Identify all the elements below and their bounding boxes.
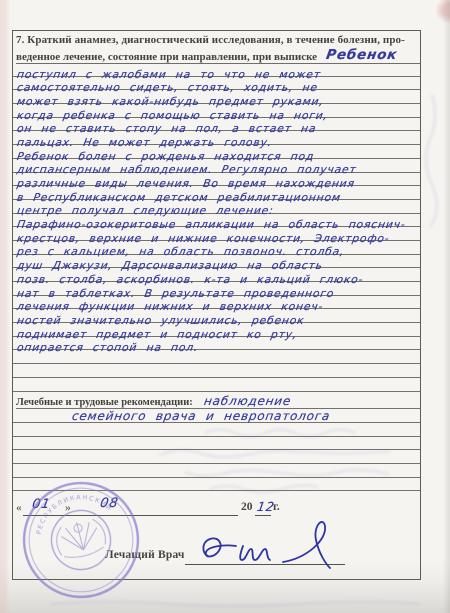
handwritten-line: поступил с жалобами на то что не может — [13, 63, 420, 77]
ruled-line-blank — [13, 378, 420, 392]
handwritten-line-text: центре получал следующие лечение: — [16, 204, 275, 217]
handwritten-line-text: поднимает предмет и подносит ко рту, — [16, 328, 298, 341]
recommendations-row: Лечебные и трудовые рекомендации:наблюде… — [16, 392, 420, 409]
section7-header-line2-text: веденное лечение, состояние при направле… — [16, 51, 317, 63]
handwritten-line-text: в Республиканском детском реабилитационн… — [16, 191, 342, 204]
recommendations-handwritten-line2: семейного врача и невропатолога — [71, 409, 331, 423]
ruled-line-blank — [13, 437, 420, 451]
doctor-signature — [188, 516, 363, 580]
ruled-line-blank — [13, 364, 420, 378]
section7-header-line1: 7. Краткий анамнез, диагностический иссл… — [16, 34, 426, 46]
handwritten-line-text: опирается стопой на пол. — [16, 341, 199, 354]
handwritten-line-text: ностей значительно улучшились, ребенок — [16, 314, 306, 327]
handwritten-line-text: когда ребенка с помощью ставить на ноги, — [16, 109, 329, 122]
scanned-medical-form-page: 7. Краткий анамнез, диагностический иссл… — [0, 0, 450, 613]
recommendations-handwritten-line1: наблюдение — [203, 394, 292, 408]
date-year-prefix: 20 — [241, 501, 253, 513]
handwritten-line-text: самостоятельно сидеть, стоять, ходить, н… — [16, 81, 319, 94]
recommendations-row2: семейного врача и невропатолога — [13, 409, 420, 423]
handwritten-line-text: крестцов, верхние и нижние конечности, Э… — [16, 232, 391, 245]
recommendations-label: Лечебные и трудовые рекомендации: — [16, 397, 193, 408]
ruled-line-blank — [13, 423, 420, 437]
handwritten-line-text: позв. столба, аскорбинов. к-та и кальций… — [16, 273, 364, 286]
ruled-line-blank — [13, 464, 420, 478]
handwritten-line-text: различные виды лечения. Во время нахожде… — [16, 177, 356, 190]
handwritten-line-text: он не ставить стопу на пол, а встает на — [16, 122, 317, 135]
handwritten-line-text: лечения функции нижних и верхних конеч- — [16, 300, 324, 313]
stamp-emblem — [53, 516, 109, 561]
handwritten-anamnesis-block: поступил с жалобами на то что не может с… — [13, 63, 420, 392]
ruled-line-blank — [13, 450, 420, 464]
handwritten-line-text: диспансерным наблюдением. Регулярно полу… — [16, 163, 358, 176]
handwritten-line-text: душ Джакузи, Дарсонвализацию на область — [16, 259, 324, 272]
handwritten-line-text: Ребенок болен с рожденья находится под — [16, 150, 315, 163]
handwritten-line-text: Парафино-озокеритовые апликации на облас… — [16, 218, 407, 231]
scan-edge-shadow — [443, 0, 450, 613]
handwritten-line-text: пальцах. Не может держать голову. — [16, 136, 273, 149]
handwritten-line-text: поступил с жалобами на то что не может — [16, 68, 322, 81]
date-year-suffix: г. — [273, 501, 280, 513]
handwritten-first-word: Ребенок — [325, 47, 399, 63]
handwritten-line-text: рез с кальцием, на область позвоноч. сто… — [16, 245, 345, 258]
section7-header-line2: веденное лечение, состояние при направле… — [16, 48, 420, 64]
handwritten-line-text: может взять какой-нибудь предмет руками, — [16, 95, 325, 108]
handwritten-line-text: нат в таблетках. В результате проведенно… — [16, 287, 335, 300]
